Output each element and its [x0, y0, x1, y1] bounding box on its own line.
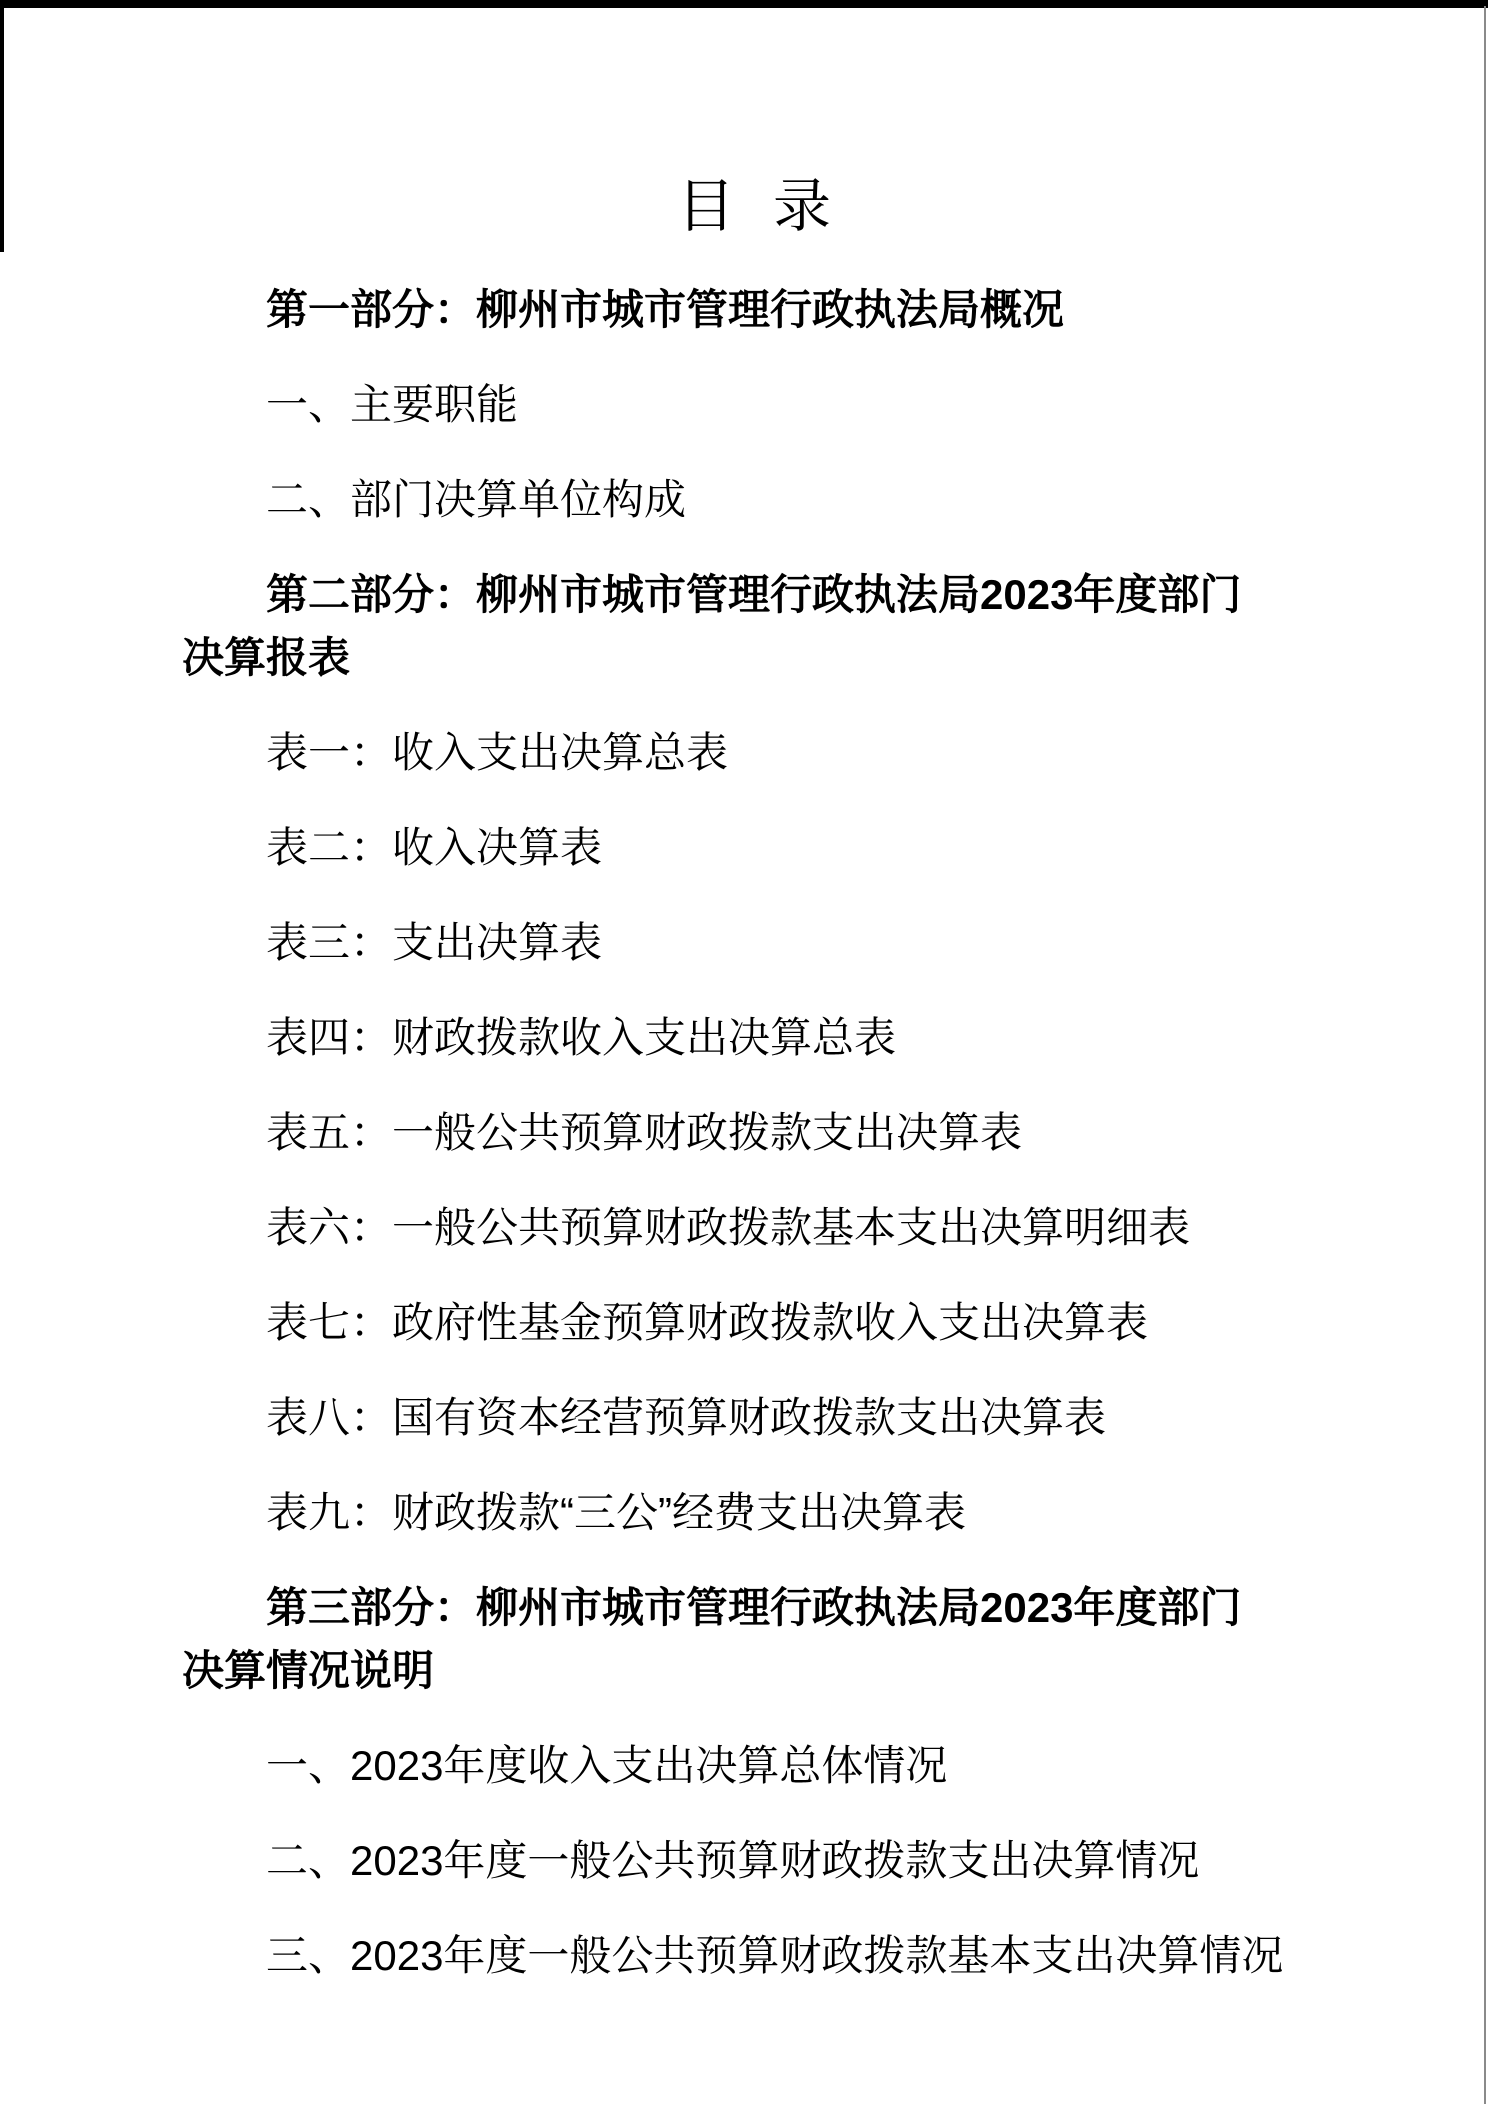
scan-border-left [0, 0, 4, 252]
toc-entry-line: 表八：国有资本经营预算财政拨款支出决算表 [182, 1386, 1328, 1449]
toc-entry-line: 第二部分：柳州市城市管理行政执法局2023年度部门 [182, 563, 1328, 626]
toc-item-6: 表二：收入决算表 [182, 816, 1328, 879]
toc-heading-4: 第二部分：柳州市城市管理行政执法局2023年度部门决算报表 [182, 563, 1328, 689]
toc-entry-line: 二、2023年度一般公共预算财政拨款支出决算情况 [182, 1829, 1328, 1892]
toc-entry-line: 一、2023年度收入支出决算总体情况 [182, 1734, 1328, 1797]
toc-item-3: 二、部门决算单位构成 [182, 468, 1328, 531]
toc-item-5: 表一：收入支出决算总表 [182, 721, 1328, 784]
toc-entry-line: 表六：一般公共预算财政拨款基本支出决算明细表 [182, 1196, 1328, 1259]
toc-entry-line: 表三：支出决算表 [182, 911, 1328, 974]
toc-item-7: 表三：支出决算表 [182, 911, 1328, 974]
toc-entry-line: 二、部门决算单位构成 [182, 468, 1328, 531]
toc-entry-line: 一、主要职能 [182, 373, 1328, 436]
toc-entry-line: 三、2023年度一般公共预算财政拨款基本支出决算情况 [182, 1924, 1328, 1987]
toc-entry-line: 第三部分：柳州市城市管理行政执法局2023年度部门 [182, 1576, 1328, 1639]
toc-item-13: 表九：财政拨款“三公”经费支出决算表 [182, 1481, 1328, 1544]
toc-item-9: 表五：一般公共预算财政拨款支出决算表 [182, 1101, 1328, 1164]
toc-entry-line: 表九：财政拨款“三公”经费支出决算表 [182, 1481, 1328, 1544]
toc-heading-14: 第三部分：柳州市城市管理行政执法局2023年度部门决算情况说明 [182, 1576, 1328, 1702]
toc-item-15: 一、2023年度收入支出决算总体情况 [182, 1734, 1328, 1797]
toc-entry-line: 表七：政府性基金预算财政拨款收入支出决算表 [182, 1291, 1328, 1354]
toc-item-2: 一、主要职能 [182, 373, 1328, 436]
toc-entry-line: 表一：收入支出决算总表 [182, 721, 1328, 784]
toc-entry-line: 第一部分：柳州市城市管理行政执法局概况 [182, 278, 1328, 341]
toc-entry-line: 表五：一般公共预算财政拨款支出决算表 [182, 1101, 1328, 1164]
document-page: 目 录 第一部分：柳州市城市管理行政执法局概况一、主要职能二、部门决算单位构成第… [0, 0, 1488, 2104]
toc-item-17: 三、2023年度一般公共预算财政拨款基本支出决算情况 [182, 1924, 1328, 1987]
toc-heading-1: 第一部分：柳州市城市管理行政执法局概况 [182, 278, 1328, 341]
toc-item-16: 二、2023年度一般公共预算财政拨款支出决算情况 [182, 1829, 1328, 1892]
scan-border-right [1484, 6, 1486, 2104]
page-title: 目 录 [182, 172, 1328, 242]
toc-item-12: 表八：国有资本经营预算财政拨款支出决算表 [182, 1386, 1328, 1449]
toc-list: 第一部分：柳州市城市管理行政执法局概况一、主要职能二、部门决算单位构成第二部分：… [182, 278, 1328, 1987]
toc-entry-line: 表二：收入决算表 [182, 816, 1328, 879]
toc-item-11: 表七：政府性基金预算财政拨款收入支出决算表 [182, 1291, 1328, 1354]
toc-content: 目 录 第一部分：柳州市城市管理行政执法局概况一、主要职能二、部门决算单位构成第… [182, 0, 1328, 2019]
toc-entry-line: 决算报表 [182, 626, 1328, 689]
toc-item-8: 表四：财政拨款收入支出决算总表 [182, 1006, 1328, 1069]
toc-entry-line: 决算情况说明 [182, 1639, 1328, 1702]
toc-item-10: 表六：一般公共预算财政拨款基本支出决算明细表 [182, 1196, 1328, 1259]
toc-entry-line: 表四：财政拨款收入支出决算总表 [182, 1006, 1328, 1069]
